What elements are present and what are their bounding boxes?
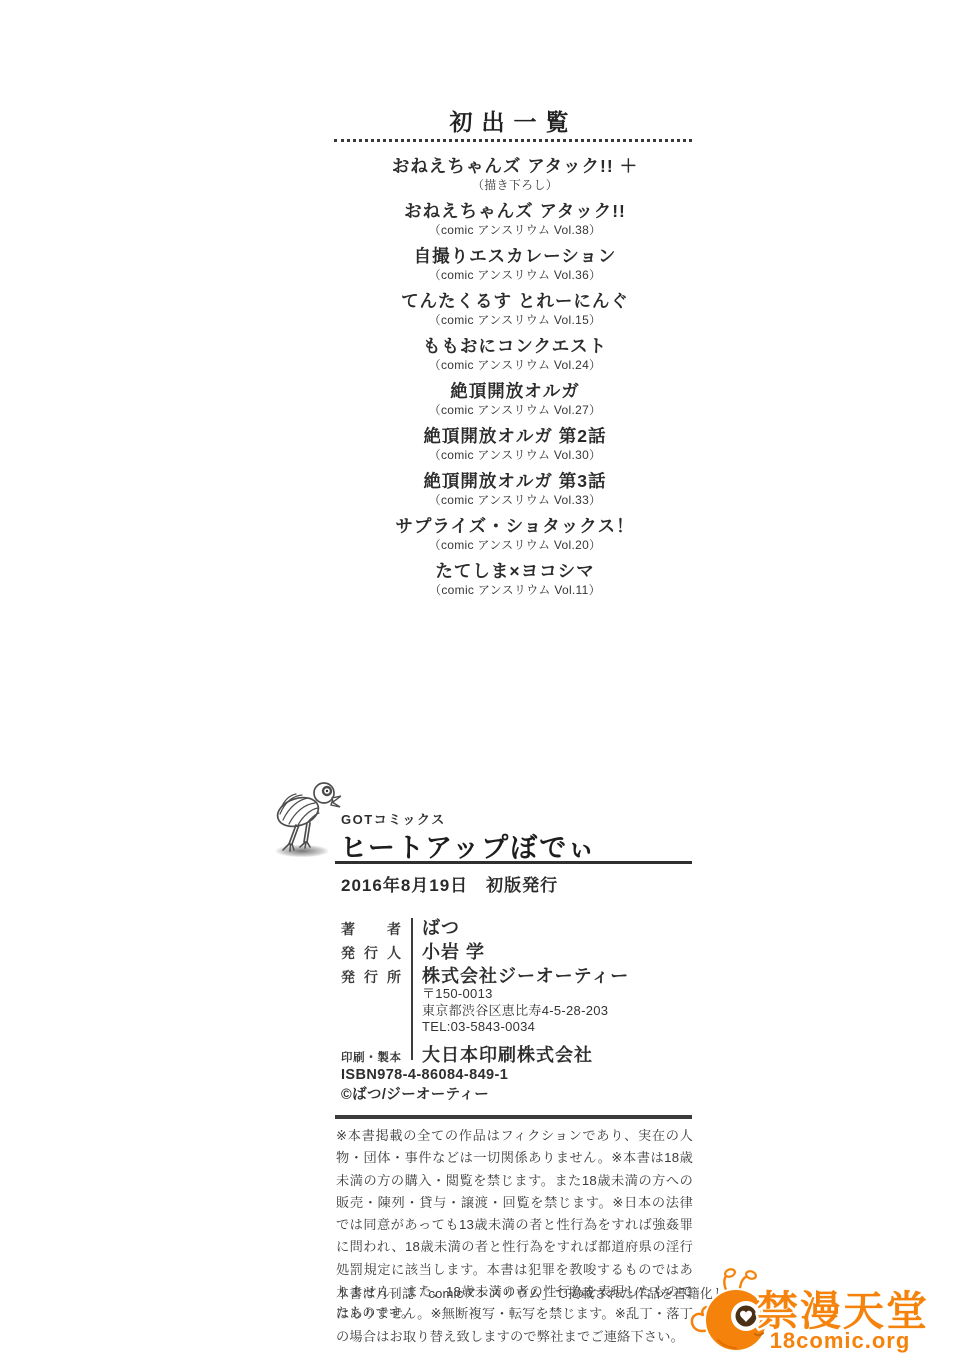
list-item: 絶頂開放オルガ （comic アンスリウム Vol.27） [305, 381, 725, 418]
publisher-postal-code: 〒150-0013 [422, 986, 692, 1003]
work-source: （comic アンスリウム Vol.27） [305, 402, 725, 418]
work-title: サプライズ・ショタックス！ [305, 516, 725, 537]
list-item: 絶頂開放オルガ 第2話 （comic アンスリウム Vol.30） [305, 426, 725, 463]
work-source: （comic アンスリウム Vol.30） [305, 447, 725, 463]
publisher-person-label: 発行人 [341, 943, 401, 963]
publisher-value: 株式会社ジーオーティー [422, 962, 629, 988]
title-underline [335, 861, 692, 864]
work-title: 絶頂開放オルガ 第2話 [305, 426, 725, 447]
list-item: 絶頂開放オルガ 第3話 （comic アンスリウム Vol.33） [305, 471, 725, 508]
serialization-footnote: 本書は月刊誌「comicアンスリウム」で掲載された作品を書籍化したものです。 [336, 1283, 736, 1321]
watermark-site-url: 18comic.org [770, 1328, 911, 1353]
work-title: てんたくるす とれーにんぐ [305, 291, 725, 312]
dotted-divider [334, 139, 692, 142]
work-title: 絶頂開放オルガ 第3話 [305, 471, 725, 492]
list-item: ももおにコンクエスト （comic アンスリウム Vol.24） [305, 336, 725, 373]
work-source: （comic アンスリウム Vol.20） [305, 537, 725, 553]
printing-row: 印刷・製本 大日本印刷株式会社 [341, 1041, 692, 1067]
author-value: ばつ [422, 914, 460, 940]
list-item: たてしま×ヨコシマ （comic アンスリウム Vol.11） [305, 561, 725, 598]
work-title: ももおにコンクエスト [305, 336, 725, 357]
work-source: （comic アンスリウム Vol.33） [305, 492, 725, 508]
author-row: 著者 ばつ [341, 914, 692, 938]
work-title: おねえちゃんズ アタック!! [305, 201, 725, 222]
list-item: 自撮りエスカレーション （comic アンスリウム Vol.36） [305, 246, 725, 283]
list-item: サプライズ・ショタックス！ （comic アンスリウム Vol.20） [305, 516, 725, 553]
publisher-phone: TEL:03-5843-0034 [422, 1019, 692, 1036]
edition-date: 2016年8月19日 初版発行 [341, 871, 558, 896]
work-title: おねえちゃんズ アタック!! ＋ [305, 156, 725, 177]
colophon-page: 初出一覧 おねえちゃんズ アタック!! ＋ （描き下ろし） おねえちゃんズ アタ… [0, 0, 960, 1361]
publication-details: 著者 ばつ 発行人 小岩 学 発行所 株式会社ジーオーティー 〒150-0013… [341, 914, 692, 1067]
author-label: 著者 [341, 919, 401, 939]
work-title: 絶頂開放オルガ [305, 381, 725, 402]
section-divider [335, 1115, 692, 1119]
bird-shadow [276, 845, 328, 857]
book-title: ヒートアップぼでぃ [340, 826, 597, 865]
work-source: （描き下ろし） [305, 177, 725, 193]
list-item: おねえちゃんズ アタック!! （comic アンスリウム Vol.38） [305, 201, 725, 238]
watermark-logo: 禁漫天堂 18comic.org [688, 1268, 960, 1361]
publisher-person-row: 発行人 小岩 学 [341, 938, 692, 962]
list-item: おねえちゃんズ アタック!! ＋ （描き下ろし） [305, 156, 725, 193]
details-vertical-rule [411, 918, 413, 1060]
publisher-person-value: 小岩 学 [422, 938, 485, 964]
publisher-row: 発行所 株式会社ジーオーティー [341, 962, 692, 986]
isbn-number: ISBN978-4-86084-849-1 [341, 1066, 508, 1086]
work-title: たてしま×ヨコシマ [305, 561, 725, 582]
list-item: てんたくるす とれーにんぐ （comic アンスリウム Vol.15） [305, 291, 725, 328]
work-source: （comic アンスリウム Vol.36） [305, 267, 725, 283]
work-source: （comic アンスリウム Vol.15） [305, 312, 725, 328]
work-source: （comic アンスリウム Vol.24） [305, 357, 725, 373]
publisher-label: 発行所 [341, 967, 401, 987]
publication-list: おねえちゃんズ アタック!! ＋ （描き下ろし） おねえちゃんズ アタック!! … [305, 156, 725, 606]
printing-value: 大日本印刷株式会社 [422, 1041, 593, 1067]
copyright-line: ©ばつ/ジーオーティー [341, 1086, 508, 1106]
isbn-block: ISBN978-4-86084-849-1 ©ばつ/ジーオーティー [341, 1066, 508, 1105]
work-title: 自撮りエスカレーション [305, 246, 725, 267]
printing-label: 印刷・製本 [341, 1049, 401, 1065]
first-publication-title: 初出一覧 [335, 104, 692, 137]
publisher-street-address: 東京都渋谷区恵比寿4-5-28-203 [422, 1003, 692, 1020]
work-source: （comic アンスリウム Vol.11） [305, 582, 725, 598]
whale-mascot-icon [692, 1268, 767, 1351]
work-source: （comic アンスリウム Vol.38） [305, 222, 725, 238]
